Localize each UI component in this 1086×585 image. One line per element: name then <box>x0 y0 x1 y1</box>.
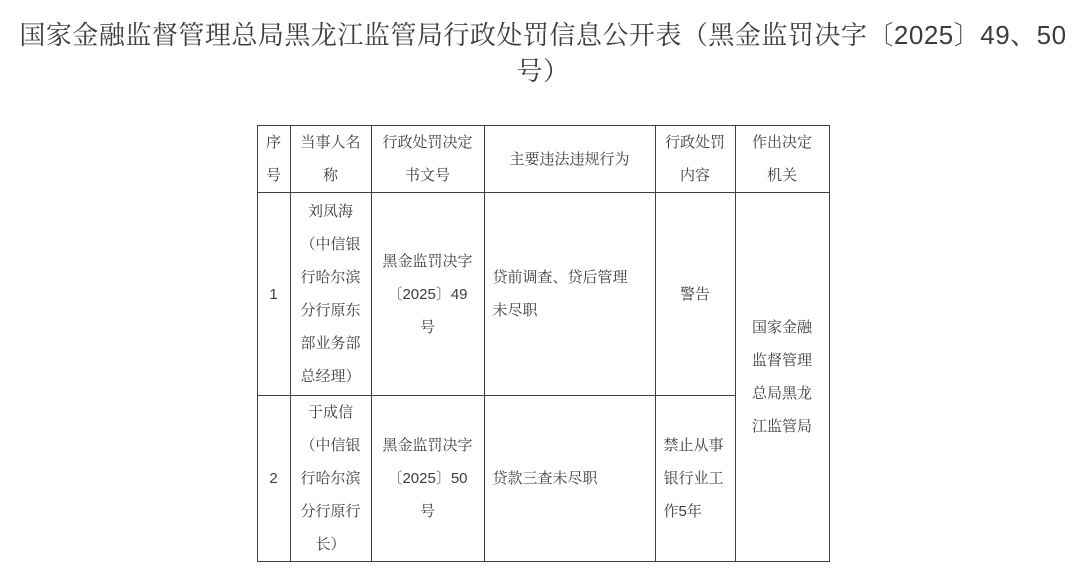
cell-deciding-authority: 国家金融 监督管理 总局黑龙 江监管局 <box>735 193 829 562</box>
header-decision-doc-number: 行政处罚决定 书文号 <box>371 126 484 193</box>
header-main-violation: 主要违法违规行为 <box>484 126 655 193</box>
cell-serial-number: 1 <box>257 193 290 396</box>
penalty-table: 序 号 当事人名 称 行政处罚决定 书文号 主要违法违规行为 行政处罚 内容 作… <box>257 125 830 562</box>
table-header-row: 序 号 当事人名 称 行政处罚决定 书文号 主要违法违规行为 行政处罚 内容 作… <box>257 126 829 193</box>
table-row: 1 刘凤海 （中信银 行哈尔滨 分行原东 部业务部 总经理） 黑金监罚决字 〔2… <box>257 193 829 396</box>
cell-penalty-content: 警告 <box>655 193 735 396</box>
cell-main-violation: 贷前调查、贷后管理 未尽职 <box>484 193 655 396</box>
penalty-disclosure-page: 国家金融监督管理总局黑龙江监管局行政处罚信息公开表（黑金监罚决字〔2025〕49… <box>0 0 1086 585</box>
cell-decision-doc-number: 黑金监罚决字 〔2025〕49 号 <box>371 193 484 396</box>
cell-party-name: 刘凤海 （中信银 行哈尔滨 分行原东 部业务部 总经理） <box>290 193 371 396</box>
cell-serial-number: 2 <box>257 396 290 562</box>
cell-decision-doc-number: 黑金监罚决字 〔2025〕50 号 <box>371 396 484 562</box>
cell-main-violation: 贷款三查未尽职 <box>484 396 655 562</box>
page-title: 国家金融监督管理总局黑龙江监管局行政处罚信息公开表（黑金监罚决字〔2025〕49… <box>0 0 1086 89</box>
cell-party-name: 于成信 （中信银 行哈尔滨 分行原行 长） <box>290 396 371 562</box>
header-serial-number: 序 号 <box>257 126 290 193</box>
cell-penalty-content: 禁止从事 银行业工 作5年 <box>655 396 735 562</box>
header-penalty-content: 行政处罚 内容 <box>655 126 735 193</box>
header-deciding-authority: 作出决定 机关 <box>735 126 829 193</box>
header-party-name: 当事人名 称 <box>290 126 371 193</box>
